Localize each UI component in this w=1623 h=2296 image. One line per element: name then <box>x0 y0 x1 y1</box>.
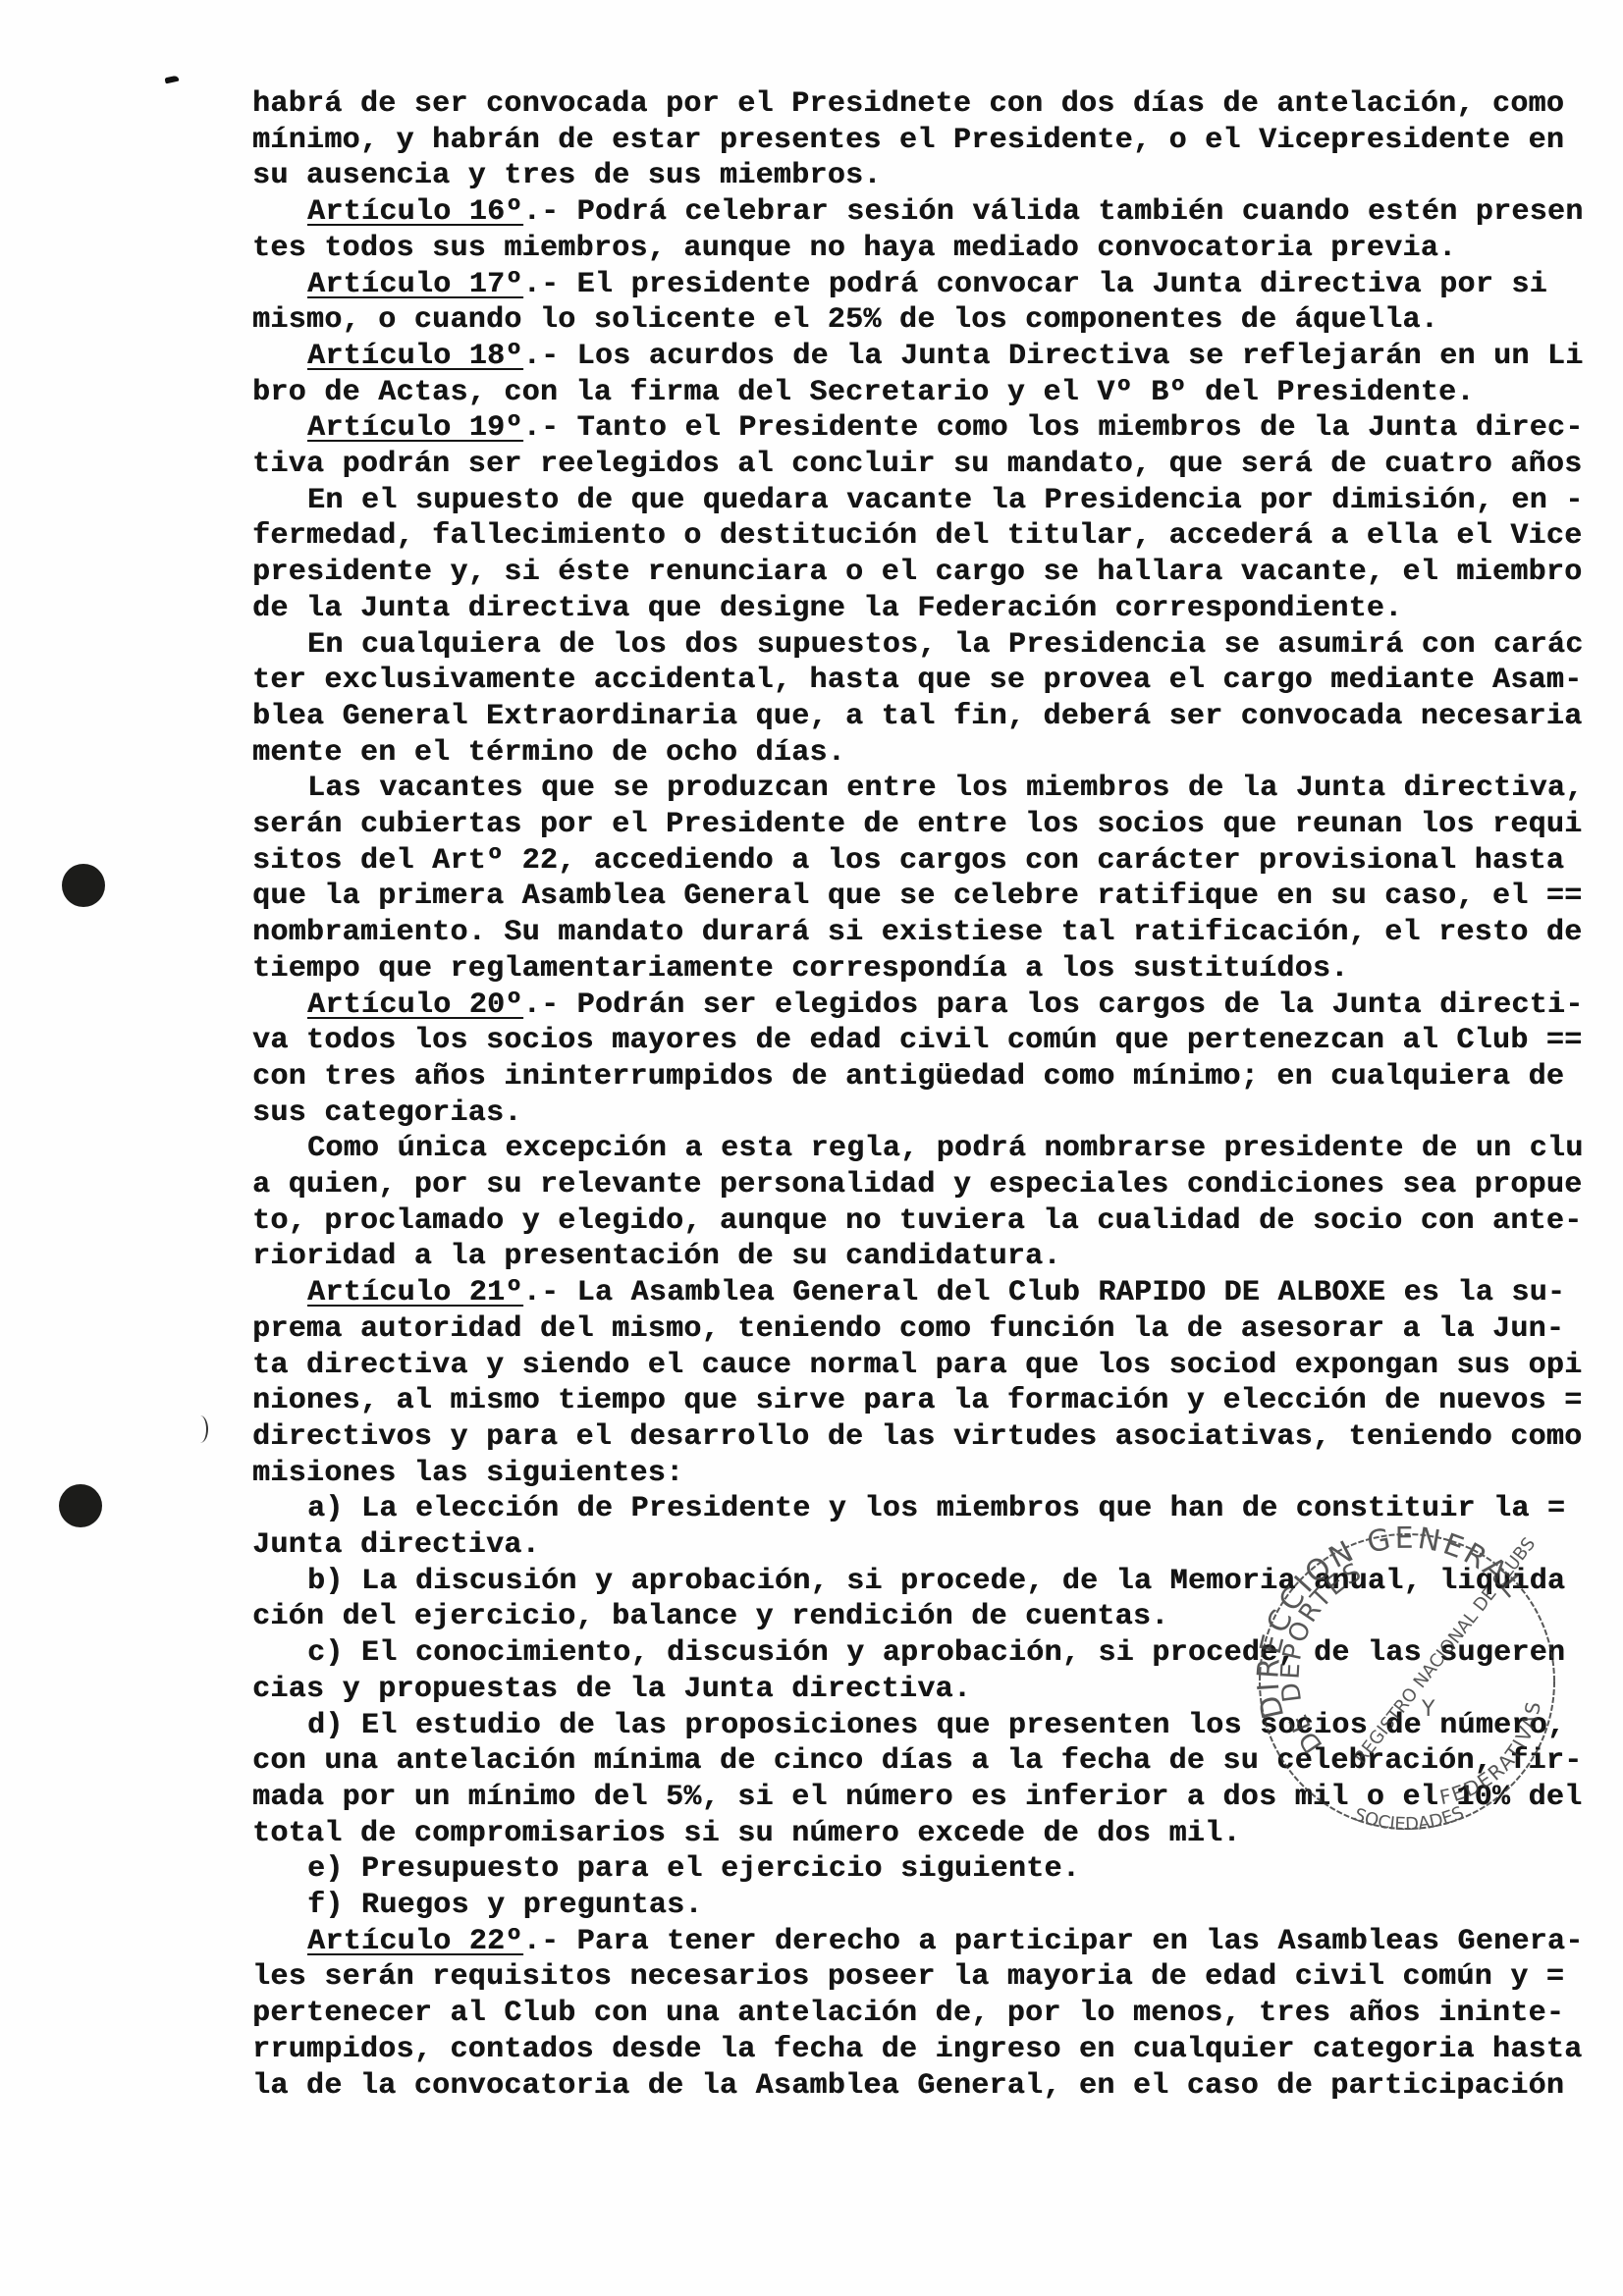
line-text: serán cubiertas por el Presidente de ent… <box>252 808 1582 841</box>
text-line: con una antelación mínima de cinco días … <box>252 1743 1582 1779</box>
line-text: de la Junta directiva que designe la Fed… <box>252 592 1402 625</box>
text-line: misiones las siguientes: <box>252 1456 683 1491</box>
article-label: Artículo 19º <box>307 411 523 445</box>
text-line: e) Presupuesto para el ejercicio siguien… <box>307 1851 1080 1887</box>
line-text: la de la convocatoria de la Asamblea Gen… <box>252 2069 1564 2103</box>
text-line: total de compromisarios si su número exc… <box>252 1816 1241 1851</box>
line-text: En el supuesto de que quedara vacante la… <box>307 484 1584 517</box>
text-line: con tres años ininterrumpidos de antigüe… <box>252 1059 1564 1095</box>
line-text: cias y propuestas de la Junta directiva. <box>252 1673 971 1706</box>
text-line: su ausencia y tres de sus miembros. <box>252 158 882 193</box>
line-text: .- Los acurdos de la Junta Directiva se … <box>523 340 1584 373</box>
text-line: a quien, por su relevante personalidad y… <box>252 1167 1582 1202</box>
line-text: su ausencia y tres de sus miembros. <box>252 159 882 192</box>
line-text: Las vacantes que se produzcan entre los … <box>307 772 1584 805</box>
text-line: Las vacantes que se produzcan entre los … <box>307 771 1584 806</box>
line-text: les serán requisitos necesarios poseer l… <box>252 1960 1564 1994</box>
text-line: c) El conocimiento, discusión y aprobaci… <box>307 1635 1565 1671</box>
text-line: b) La discusión y aprobación, si procede… <box>307 1564 1565 1599</box>
article-label: Artículo 20º <box>307 988 523 1022</box>
line-text: .- Para tener derecho a participar en la… <box>523 1925 1584 1958</box>
text-line: ción del ejercicio, balance y rendición … <box>252 1599 1168 1634</box>
line-text: En cualquiera de los dos supuestos, la P… <box>307 628 1584 662</box>
line-text: va todos los socios mayores de edad civi… <box>252 1024 1582 1057</box>
line-text: tes todos sus miembros, aunque no haya m… <box>252 232 1456 265</box>
line-text: Como única excepción a esta regla, podrá… <box>307 1132 1584 1165</box>
article-heading-line: Artículo 21º.- La Asamblea General del C… <box>307 1275 1565 1310</box>
line-text: Junta directiva. <box>252 1528 540 1562</box>
line-text: sus categorias. <box>252 1096 522 1130</box>
pencil-mark <box>192 1415 208 1443</box>
text-line: mismo, o cuando lo solicente el 25% de l… <box>252 302 1438 338</box>
line-text: .- La Asamblea General del Club RAPIDO D… <box>523 1276 1566 1309</box>
line-text: f) Ruegos y preguntas. <box>307 1889 703 1922</box>
line-text: e) Presupuesto para el ejercicio siguien… <box>307 1852 1080 1886</box>
article-label: Artículo 22º <box>307 1925 523 1958</box>
text-line: la de la convocatoria de la Asamblea Gen… <box>252 2068 1564 2104</box>
line-text: a) La elección de Presidente y los miemb… <box>307 1492 1565 1525</box>
text-line: presidente y, si éste renunciara o el ca… <box>252 555 1582 590</box>
line-text: con una antelación mínima de cinco días … <box>252 1744 1582 1778</box>
line-text: tiva podrán ser reelegidos al concluir s… <box>252 448 1582 481</box>
line-text: nombramiento. Su mandato durará si exist… <box>252 916 1582 949</box>
line-text: rioridad a la presentación de su candida… <box>252 1240 1061 1273</box>
text-line: cias y propuestas de la Junta directiva. <box>252 1672 971 1707</box>
text-line: directivos y para el desarrollo de las v… <box>252 1419 1582 1455</box>
text-line: de la Junta directiva que designe la Fed… <box>252 591 1402 626</box>
line-text: mente en el término de ocho días. <box>252 736 845 770</box>
article-label: Artículo 16º <box>307 195 523 229</box>
line-text: habrá de ser convocada por el Presidnete… <box>252 87 1564 121</box>
line-text: mínimo, y habrán de estar presentes el P… <box>252 124 1564 157</box>
article-heading-line: Artículo 18º.- Los acurdos de la Junta D… <box>307 339 1584 374</box>
line-text: prema autoridad del mismo, teniendo como… <box>252 1312 1564 1346</box>
text-line: to, proclamado y elegido, aunque no tuvi… <box>252 1203 1582 1239</box>
text-line: f) Ruegos y preguntas. <box>307 1888 703 1923</box>
text-line: tes todos sus miembros, aunque no haya m… <box>252 231 1456 266</box>
article-heading-line: Artículo 17º.- El presidente podrá convo… <box>307 267 1547 302</box>
text-line: les serán requisitos necesarios poseer l… <box>252 1959 1564 1995</box>
text-line: ta directiva y siendo el cauce normal pa… <box>252 1348 1582 1383</box>
text-line: d) El estudio de las proposiciones que p… <box>307 1708 1565 1743</box>
text-line: habrá de ser convocada por el Presidnete… <box>252 86 1564 122</box>
line-text: to, proclamado y elegido, aunque no tuvi… <box>252 1204 1582 1238</box>
text-line: fermedad, fallecimiento o destitución de… <box>252 518 1582 554</box>
text-line: tiempo que reglamentariamente correspond… <box>252 951 1348 987</box>
line-text: que la primera Asamblea General que se c… <box>252 880 1582 913</box>
ink-mark <box>165 76 180 84</box>
text-line: mínimo, y habrán de estar presentes el P… <box>252 123 1564 158</box>
punch-hole-upper <box>62 864 105 907</box>
article-heading-line: Artículo 16º.- Podrá celebrar sesión vál… <box>307 194 1584 230</box>
text-line: Como única excepción a esta regla, podrá… <box>307 1131 1584 1166</box>
line-text: con tres años ininterrumpidos de antigüe… <box>252 1060 1564 1094</box>
text-line: En el supuesto de que quedara vacante la… <box>307 483 1584 518</box>
article-label: Artículo 21º <box>307 1276 523 1309</box>
text-line: niones, al mismo tiempo que sirve para l… <box>252 1383 1582 1418</box>
text-line: rioridad a la presentación de su candida… <box>252 1239 1061 1274</box>
text-line: mada por un mínimo del 5%, si el número … <box>252 1780 1582 1815</box>
line-text: presidente y, si éste renunciara o el ca… <box>252 556 1582 589</box>
line-text: directivos y para el desarrollo de las v… <box>252 1420 1582 1454</box>
line-text: tiempo que reglamentariamente correspond… <box>252 952 1348 986</box>
text-line: bro de Actas, con la firma del Secretari… <box>252 375 1475 410</box>
line-text: .- El presidente podrá convocar la Junta… <box>523 268 1547 301</box>
scanned-document-page: habrá de ser convocada por el Presidnete… <box>0 0 1623 2296</box>
text-line: sus categorias. <box>252 1095 522 1131</box>
line-text: mada por un mínimo del 5%, si el número … <box>252 1781 1582 1814</box>
line-text: ción del ejercicio, balance y rendición … <box>252 1600 1168 1633</box>
article-heading-line: Artículo 22º.- Para tener derecho a part… <box>307 1924 1584 1959</box>
line-text: bro de Actas, con la firma del Secretari… <box>252 376 1475 409</box>
text-line: En cualquiera de los dos supuestos, la P… <box>307 627 1584 663</box>
article-heading-line: Artículo 20º.- Podrán ser elegidos para … <box>307 988 1584 1023</box>
text-line: sitos del Artº 22, accediendo a los carg… <box>252 843 1564 879</box>
text-line: tiva podrán ser reelegidos al concluir s… <box>252 447 1582 482</box>
document-body: habrá de ser convocada por el Presidnete… <box>252 86 1597 2148</box>
line-text: b) La discusión y aprobación, si procede… <box>307 1565 1565 1598</box>
punch-hole-lower <box>59 1484 102 1527</box>
line-text: a quien, por su relevante personalidad y… <box>252 1168 1582 1201</box>
line-text: total de compromisarios si su número exc… <box>252 1817 1241 1850</box>
text-line: pertenecer al Club con una antelación de… <box>252 1996 1564 2031</box>
text-line: va todos los socios mayores de edad civi… <box>252 1023 1582 1058</box>
line-text: ta directiva y siendo el cauce normal pa… <box>252 1349 1582 1382</box>
text-line: serán cubiertas por el Presidente de ent… <box>252 807 1582 842</box>
article-label: Artículo 17º <box>307 268 523 301</box>
line-text: fermedad, fallecimiento o destitución de… <box>252 519 1582 553</box>
text-line: blea General Extraordinaria que, a tal f… <box>252 699 1582 734</box>
line-text: pertenecer al Club con una antelación de… <box>252 1997 1564 2030</box>
line-text: .- Tanto el Presidente como los miembros… <box>523 411 1584 445</box>
line-text: mismo, o cuando lo solicente el 25% de l… <box>252 303 1438 337</box>
line-text: d) El estudio de las proposiciones que p… <box>307 1709 1565 1742</box>
text-line: rrumpidos, contados desde la fecha de in… <box>252 2032 1582 2067</box>
line-text: c) El conocimiento, discusión y aprobaci… <box>307 1636 1565 1670</box>
text-line: Junta directiva. <box>252 1527 540 1563</box>
line-text: ter exclusivamente accidental, hasta que… <box>252 664 1582 697</box>
line-text: misiones las siguientes: <box>252 1457 683 1490</box>
text-line: ter exclusivamente accidental, hasta que… <box>252 663 1582 698</box>
text-line: que la primera Asamblea General que se c… <box>252 879 1582 914</box>
line-text: sitos del Artº 22, accediendo a los carg… <box>252 844 1564 878</box>
text-line: prema autoridad del mismo, teniendo como… <box>252 1311 1564 1347</box>
article-label: Artículo 18º <box>307 340 523 373</box>
line-text: niones, al mismo tiempo que sirve para l… <box>252 1384 1582 1417</box>
line-text: .- Podrá celebrar sesión válida también … <box>523 195 1584 229</box>
line-text: blea General Extraordinaria que, a tal f… <box>252 700 1582 733</box>
text-line: a) La elección de Presidente y los miemb… <box>307 1491 1565 1526</box>
article-heading-line: Artículo 19º.- Tanto el Presidente como … <box>307 410 1584 446</box>
text-line: nombramiento. Su mandato durará si exist… <box>252 915 1582 950</box>
text-line: mente en el término de ocho días. <box>252 735 845 771</box>
line-text: rrumpidos, contados desde la fecha de in… <box>252 2033 1582 2066</box>
line-text: .- Podrán ser elegidos para los cargos d… <box>523 988 1584 1022</box>
